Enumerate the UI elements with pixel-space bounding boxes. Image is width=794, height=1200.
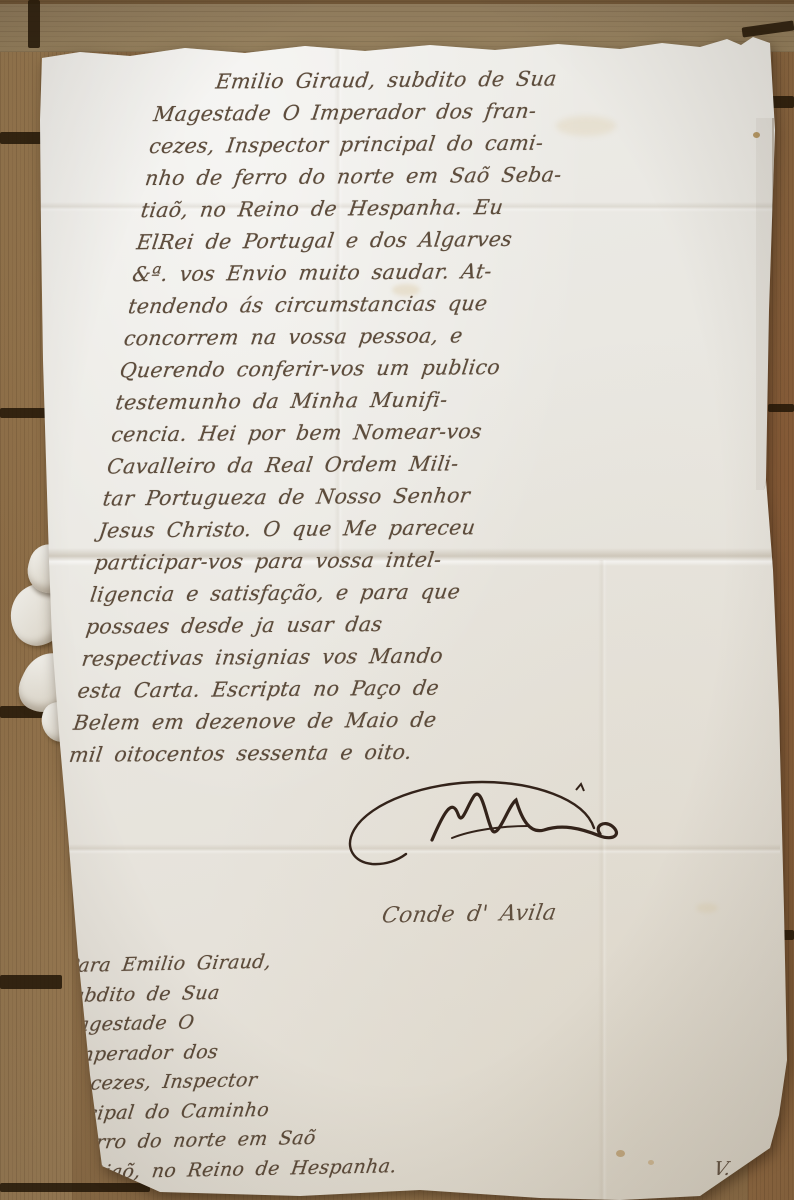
royal-signature-flourish	[332, 768, 632, 880]
countersignature: Conde d' Avila	[380, 900, 558, 928]
address-block: Para Emilio Giraud, subdito de Sua Mages…	[36, 944, 428, 1188]
foxing-stain	[616, 1150, 625, 1157]
foxing-stain	[648, 1160, 654, 1165]
letter-line: mil oitocentos sessenta e oito.	[67, 733, 693, 770]
page-marker: V.	[712, 1158, 734, 1180]
letter-sheet-wrap: Emilio Giraud, subdito de Sua Magestade …	[0, 0, 794, 1200]
ink-mark	[576, 784, 584, 791]
foxing-stain	[696, 903, 718, 913]
letter-sheet: Emilio Giraud, subdito de Sua Magestade …	[0, 0, 794, 1200]
photo-of-royal-letter: { "letter": { "body_lines": [ "Emilio Gi…	[0, 0, 794, 1200]
letter-body: Emilio Giraud, subdito de Sua Magestade …	[67, 61, 782, 771]
address-line: Sebastiaõ, no Reino de Hespanha.	[36, 1152, 400, 1189]
